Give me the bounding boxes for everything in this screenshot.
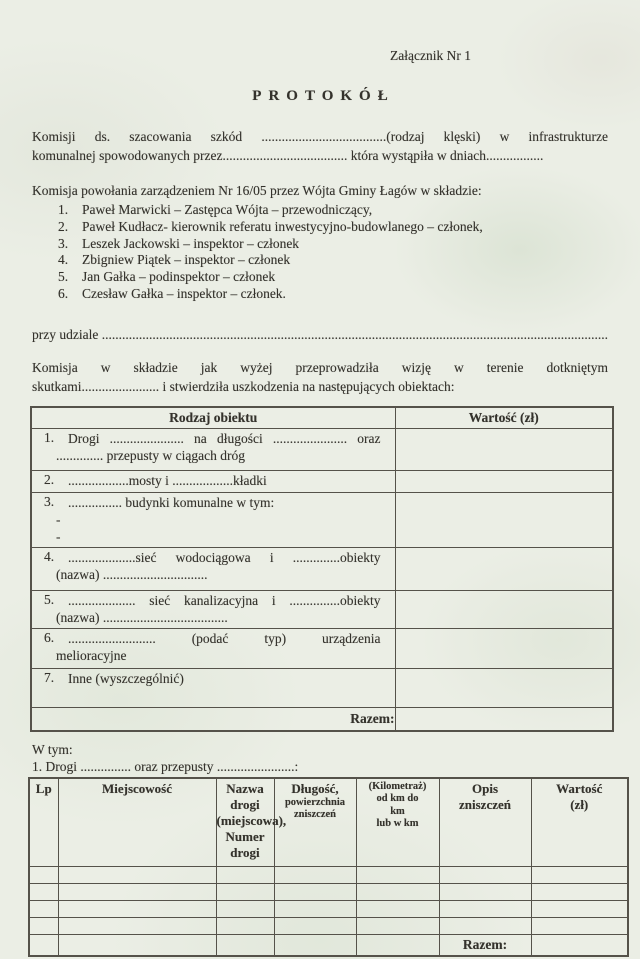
header-text: zniszczeń	[440, 797, 531, 813]
empty-cell	[216, 900, 274, 917]
empty-row	[29, 883, 628, 900]
empty-cell	[29, 866, 58, 883]
header-text: lub w km	[357, 818, 439, 831]
member-text: Paweł Kudłacz- kierownik referatu inwest…	[82, 219, 608, 236]
header-nazwa-drogi: Nazwa drogi (miejscowa), Numer drogi	[216, 778, 274, 867]
row-text: .......................... (podać typ) u…	[68, 630, 381, 647]
row-text: melioracyjne	[56, 647, 381, 664]
empty-cell	[29, 917, 58, 934]
empty-cell	[531, 866, 628, 883]
member-text: Jan Gałka – podinspektor – członek	[82, 269, 608, 286]
committee-member: 5. Jan Gałka – podinspektor – członek	[32, 269, 608, 286]
intro-paragraph: Komisji ds. szacowania szkód ...........…	[32, 127, 608, 165]
committee-member: 2. Paweł Kudłacz- kierownik referatu inw…	[32, 219, 608, 236]
header-text: (zł)	[532, 797, 628, 813]
committee-member: 6. Czesław Gałka – inspektor – członek.	[32, 286, 608, 303]
header-text: powierzchnia	[275, 797, 356, 810]
participation-line: przy udziale ...........................…	[32, 326, 608, 344]
header-text: zniszczeń	[275, 809, 356, 822]
header-lp: Lp	[29, 778, 58, 867]
header-text: drogi	[217, 845, 274, 861]
header-text: Wartość	[532, 781, 628, 797]
empty-cell	[216, 917, 274, 934]
row-text: -	[56, 511, 381, 528]
object-cell: 5. .................... sieć kanalizacyj…	[31, 590, 395, 628]
total-value-empty	[395, 707, 613, 731]
header-opis: Opis zniszczeń	[439, 778, 531, 867]
value-cell-empty	[395, 470, 613, 492]
empty-cell	[216, 883, 274, 900]
row-text: (nazwa) ...............................	[56, 566, 381, 583]
header-text: drogi	[217, 797, 274, 813]
header-miejscowosc: Miejscowość	[58, 778, 216, 867]
value-cell-empty	[395, 590, 613, 628]
header-text: Miejscowość	[59, 781, 216, 797]
value-cell-empty	[395, 492, 613, 547]
empty-row	[29, 900, 628, 917]
empty-cell	[274, 866, 356, 883]
empty-cell	[29, 883, 58, 900]
inspection-line-1: Komisja w składzie jak wyżej przeprowadz…	[32, 358, 608, 378]
total-label: Razem:	[31, 707, 395, 731]
member-number: 5.	[58, 269, 82, 286]
value-cell-empty	[395, 428, 613, 470]
header-kilometraz: (Kilometraż) od km do km lub w km	[356, 778, 439, 867]
header-text: Lp	[30, 781, 58, 797]
member-number: 4.	[58, 252, 82, 269]
committee-member-list: 1. Paweł Marwicki – Zastępca Wójta – prz…	[32, 202, 608, 303]
header-text: km	[357, 806, 439, 819]
member-number: 2.	[58, 219, 82, 236]
empty-row	[29, 866, 628, 883]
empty-cell	[356, 917, 439, 934]
row-text: Inne (wyszczególnić)	[68, 670, 381, 687]
empty-cell	[439, 866, 531, 883]
empty-cell	[356, 866, 439, 883]
member-number: 1.	[58, 202, 82, 219]
inspection-paragraph: Komisja w składzie jak wyżej przeprowadz…	[32, 358, 608, 397]
header-text: Numer	[217, 829, 274, 845]
value-cell-empty	[395, 547, 613, 590]
row-number: 2.	[38, 472, 68, 489]
committee-member: 4. Zbigniew Piątek – inspektor – członek	[32, 252, 608, 269]
object-cell: 6. .......................... (podać typ…	[31, 628, 395, 668]
row-number: 7.	[38, 670, 68, 687]
roads-breakdown-table: Lp Miejscowość Nazwa drogi (miejscowa), …	[28, 777, 629, 957]
breakdown-heading: W tym:	[32, 741, 608, 758]
row-text: (nazwa) ................................…	[56, 609, 381, 626]
row-text: ..................mosty i ..............…	[68, 472, 381, 489]
empty-cell	[356, 900, 439, 917]
attachment-label: Załącznik Nr 1	[390, 48, 608, 64]
inspection-line-2: skutkami....................... i stwier…	[32, 377, 608, 397]
damage-table-header-row: Rodzaj obiektu Wartość (zł)	[31, 407, 613, 429]
committee-member: 1. Paweł Marwicki – Zastępca Wójta – prz…	[32, 202, 608, 219]
header-text: (miejscowa),	[217, 813, 274, 829]
header-text: (Kilometraż)	[357, 781, 439, 794]
table-row: 2. ..................mosty i ...........…	[31, 470, 613, 492]
empty-cell	[439, 883, 531, 900]
member-text: Paweł Marwicki – Zastępca Wójta – przewo…	[82, 202, 608, 219]
header-text: od km do	[357, 793, 439, 806]
empty-cell	[274, 900, 356, 917]
committee-member: 3. Leszek Jackowski – inspektor – człone…	[32, 236, 608, 253]
object-cell: 7. Inne (wyszczególnić)	[31, 668, 395, 707]
empty-cell	[531, 934, 628, 956]
table-row: 4. ....................sieć wodociągowa …	[31, 547, 613, 590]
member-number: 6.	[58, 286, 82, 303]
empty-cell	[531, 900, 628, 917]
intro-line-2: komunalnej spowodowanych przez..........…	[32, 146, 608, 165]
empty-cell	[58, 900, 216, 917]
empty-cell	[356, 934, 439, 956]
object-cell: 1. Drogi ...................... na długo…	[31, 428, 395, 470]
row-text: -	[56, 528, 381, 545]
empty-cell	[58, 934, 216, 956]
breakdown-header-row: Lp Miejscowość Nazwa drogi (miejscowa), …	[29, 778, 628, 867]
empty-cell	[58, 866, 216, 883]
empty-cell	[216, 934, 274, 956]
empty-cell	[439, 917, 531, 934]
value-cell-empty	[395, 668, 613, 707]
empty-cell	[274, 917, 356, 934]
row-text: .............. przepusty w ciągach dróg	[56, 447, 381, 464]
member-text: Czesław Gałka – inspektor – członek.	[82, 286, 608, 303]
intro-line-1: Komisji ds. szacowania szkód ...........…	[32, 127, 608, 146]
empty-cell	[29, 900, 58, 917]
object-cell: 2. ..................mosty i ...........…	[31, 470, 395, 492]
scanned-protocol-page: Załącznik Nr 1 PROTOKÓŁ Komisji ds. szac…	[0, 0, 640, 959]
empty-cell	[531, 883, 628, 900]
row-text: .................... sieć kanalizacyjna …	[68, 592, 381, 609]
member-text: Zbigniew Piątek – inspektor – członek	[82, 252, 608, 269]
member-text: Leszek Jackowski – inspektor – członek	[82, 236, 608, 253]
header-text: Długość,	[275, 781, 356, 797]
empty-cell	[58, 917, 216, 934]
empty-cell	[531, 917, 628, 934]
row-text: Drogi ...................... na długości…	[68, 430, 381, 447]
damage-summary-table: Rodzaj obiektu Wartość (zł) 1. Drogi ...…	[30, 406, 614, 732]
header-wartosc: Wartość (zł)	[531, 778, 628, 867]
header-text: Opis	[440, 781, 531, 797]
empty-cell	[274, 934, 356, 956]
table-row: 7. Inne (wyszczególnić)	[31, 668, 613, 707]
table-row: 1. Drogi ...................... na długo…	[31, 428, 613, 470]
row-text: ....................sieć wodociągowa i .…	[68, 549, 381, 566]
empty-cell	[356, 883, 439, 900]
member-number: 3.	[58, 236, 82, 253]
header-object-type: Rodzaj obiektu	[31, 407, 395, 429]
object-cell: 4. ....................sieć wodociągowa …	[31, 547, 395, 590]
header-value: Wartość (zł)	[395, 407, 613, 429]
document-title: PROTOKÓŁ	[32, 88, 608, 105]
breakdown-total-row: Razem:	[29, 934, 628, 956]
row-text: ................ budynki komunalne w tym…	[68, 494, 381, 511]
empty-cell	[29, 934, 58, 956]
object-cell: 3. ................ budynki komunalne w …	[31, 492, 395, 547]
breakdown-subtitle: 1. Drogi ............... oraz przepusty …	[32, 758, 608, 775]
header-text: Nazwa	[217, 781, 274, 797]
table-row: 5. .................... sieć kanalizacyj…	[31, 590, 613, 628]
empty-cell	[439, 900, 531, 917]
breakdown-total-label: Razem:	[439, 934, 531, 956]
value-cell-empty	[395, 628, 613, 668]
table-row: 6. .......................... (podać typ…	[31, 628, 613, 668]
header-dlugosc: Długość, powierzchnia zniszczeń	[274, 778, 356, 867]
total-row: Razem:	[31, 707, 613, 731]
empty-cell	[58, 883, 216, 900]
empty-row	[29, 917, 628, 934]
empty-cell	[274, 883, 356, 900]
committee-heading: Komisja powołania zarządzeniem Nr 16/05 …	[32, 182, 608, 200]
empty-cell	[216, 866, 274, 883]
table-row: 3. ................ budynki komunalne w …	[31, 492, 613, 547]
